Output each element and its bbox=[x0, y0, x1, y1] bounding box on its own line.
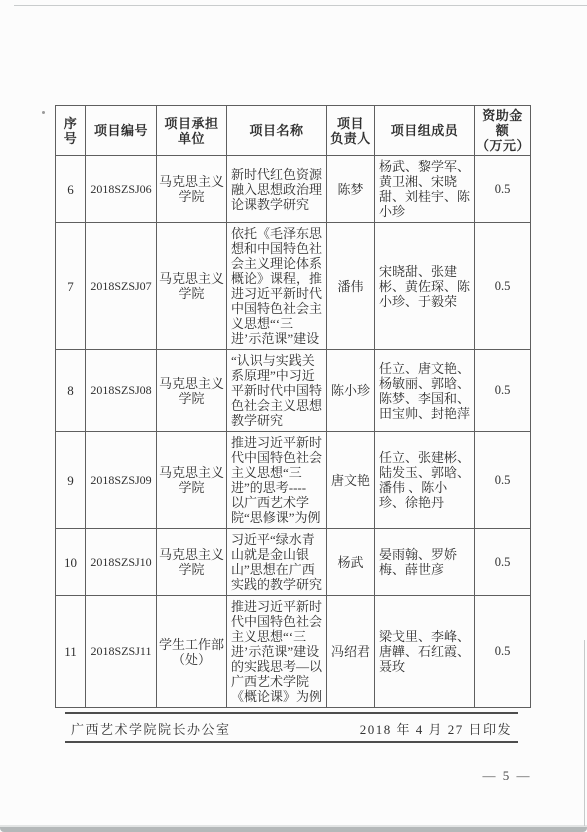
cell-undertaking-unit: 学生工作部 （处） bbox=[157, 596, 227, 708]
scan-artifact-right-line bbox=[584, 640, 585, 826]
cell-undertaking-unit: 马克思主义 学院 bbox=[157, 432, 227, 529]
cell-project-code: 2018SZSJ09 bbox=[86, 432, 157, 529]
cell-funding-amount: 0.5 bbox=[475, 223, 531, 350]
table-row: 10 2018SZSJ10 马克思主义 学院 习近平“绿水青山就是金山银山”思想… bbox=[56, 529, 531, 596]
scanned-document-page: 序 号 项目编号 项目承担 单位 项目名称 项目 负责人 项目组成员 资助金额 … bbox=[0, 0, 587, 832]
cell-undertaking-unit: 马克思主义 学院 bbox=[157, 223, 227, 350]
cell-no: 8 bbox=[56, 350, 86, 432]
table-body: 6 2018SZSJ06 马克思主义 学院 新时代红色资源融入思想政治理论课教学… bbox=[56, 156, 531, 708]
cell-project-code: 2018SZSJ10 bbox=[86, 529, 157, 596]
cell-team-members: 任立、张建彬、陆发玉、郭晗、潘伟 、陈小珍、徐艳丹 bbox=[375, 432, 475, 529]
cell-project-code: 2018SZSJ08 bbox=[86, 350, 157, 432]
cell-project-leader: 冯绍君 bbox=[327, 596, 375, 708]
table-row: 6 2018SZSJ06 马克思主义 学院 新时代红色资源融入思想政治理论课教学… bbox=[56, 156, 531, 223]
footer-rule-top bbox=[65, 712, 518, 714]
header-cell-no: 序 号 bbox=[56, 106, 86, 156]
cell-no: 6 bbox=[56, 156, 86, 223]
cell-no: 7 bbox=[56, 223, 86, 350]
cell-no: 11 bbox=[56, 596, 86, 708]
cell-project-title: “认识与实践关系原理”中习近平新时代中国特色社会主义思想教学研究 bbox=[227, 350, 327, 432]
header-cell-members: 项目组成员 bbox=[375, 106, 475, 156]
cell-project-title: 习近平“绿水青山就是金山银山”思想在广西实践的教学研究 bbox=[227, 529, 327, 596]
cell-project-code: 2018SZSJ11 bbox=[86, 596, 157, 708]
footer-issuer: 广西艺术学院院长办公室 bbox=[71, 719, 231, 738]
scan-artifact-top-line bbox=[14, 5, 587, 6]
table-row: 7 2018SZSJ07 马克思主义 学院 依托《毛泽东思想和中国特色社会主义理… bbox=[56, 223, 531, 350]
scan-artifact-speck bbox=[42, 111, 45, 114]
page-number: — 5 — bbox=[462, 768, 552, 784]
projects-table: 序 号 项目编号 项目承担 单位 项目名称 项目 负责人 项目组成员 资助金额 … bbox=[55, 105, 531, 708]
cell-project-leader: 唐文艳 bbox=[327, 432, 375, 529]
footer-print-date: 2018 年 4 月 27 日印发 bbox=[360, 719, 512, 738]
cell-team-members: 晏雨翰、罗娇梅、薛世彦 bbox=[375, 529, 475, 596]
cell-funding-amount: 0.5 bbox=[475, 156, 531, 223]
cell-team-members: 杨武、黎学军、黄卫湘、宋晓甜、刘桂宇、陈小珍 bbox=[375, 156, 475, 223]
footer-rule-bottom bbox=[65, 741, 518, 743]
cell-project-leader: 陈梦 bbox=[327, 156, 375, 223]
document-footer: 广西艺术学院院长办公室 2018 年 4 月 27 日印发 bbox=[65, 716, 518, 741]
cell-project-title: 依托《毛泽东思想和中国特色社会主义理论体系概论》课程，推进习近平新时代中国特色社… bbox=[227, 223, 327, 350]
header-cell-title: 项目名称 bbox=[227, 106, 327, 156]
cell-project-title: 推进习近平新时代中国特色社会主义思想“三进”的思考---- 以广西艺术学院“思修… bbox=[227, 432, 327, 529]
table-row: 9 2018SZSJ09 马克思主义 学院 推进习近平新时代中国特色社会主义思想… bbox=[56, 432, 531, 529]
cell-funding-amount: 0.5 bbox=[475, 529, 531, 596]
cell-project-leader: 潘伟 bbox=[327, 223, 375, 350]
scan-artifact-bottom-band bbox=[0, 827, 587, 832]
cell-project-title: 推进习近平新时代中国特色社会主义思想“‘三进’示范课”建设的实践思考—以广西艺术… bbox=[227, 596, 327, 708]
cell-undertaking-unit: 马克思主义 学院 bbox=[157, 350, 227, 432]
cell-funding-amount: 0.5 bbox=[475, 432, 531, 529]
cell-project-code: 2018SZSJ07 bbox=[86, 223, 157, 350]
cell-project-leader: 杨武 bbox=[327, 529, 375, 596]
cell-team-members: 宋晓甜、张建彬、黄佐琛、陈小珍、于毅荣 bbox=[375, 223, 475, 350]
header-cell-leader: 项目 负责人 bbox=[327, 106, 375, 156]
cell-project-title: 新时代红色资源融入思想政治理论课教学研究 bbox=[227, 156, 327, 223]
cell-no: 10 bbox=[56, 529, 86, 596]
cell-no: 9 bbox=[56, 432, 86, 529]
projects-table-container: 序 号 项目编号 项目承担 单位 项目名称 项目 负责人 项目组成员 资助金额 … bbox=[55, 105, 530, 708]
table-header-row: 序 号 项目编号 项目承担 单位 项目名称 项目 负责人 项目组成员 资助金额 … bbox=[56, 106, 531, 156]
header-cell-code: 项目编号 bbox=[86, 106, 157, 156]
cell-project-leader: 陈小珍 bbox=[327, 350, 375, 432]
cell-funding-amount: 0.5 bbox=[475, 350, 531, 432]
cell-project-code: 2018SZSJ06 bbox=[86, 156, 157, 223]
cell-team-members: 梁戈里、李峰、唐韡、石红霞、聂玫 bbox=[375, 596, 475, 708]
cell-funding-amount: 0.5 bbox=[475, 596, 531, 708]
header-cell-amount: 资助金额 （万元） bbox=[475, 106, 531, 156]
table-row: 11 2018SZSJ11 学生工作部 （处） 推进习近平新时代中国特色社会主义… bbox=[56, 596, 531, 708]
header-cell-unit: 项目承担 单位 bbox=[157, 106, 227, 156]
cell-undertaking-unit: 马克思主义 学院 bbox=[157, 156, 227, 223]
table-row: 8 2018SZSJ08 马克思主义 学院 “认识与实践关系原理”中习近平新时代… bbox=[56, 350, 531, 432]
cell-team-members: 任立、唐文艳、杨敏丽、郭晗、陈梦、李国和、田宝帅、封艳萍 bbox=[375, 350, 475, 432]
cell-undertaking-unit: 马克思主义 学院 bbox=[157, 529, 227, 596]
table-header: 序 号 项目编号 项目承担 单位 项目名称 项目 负责人 项目组成员 资助金额 … bbox=[56, 106, 531, 156]
